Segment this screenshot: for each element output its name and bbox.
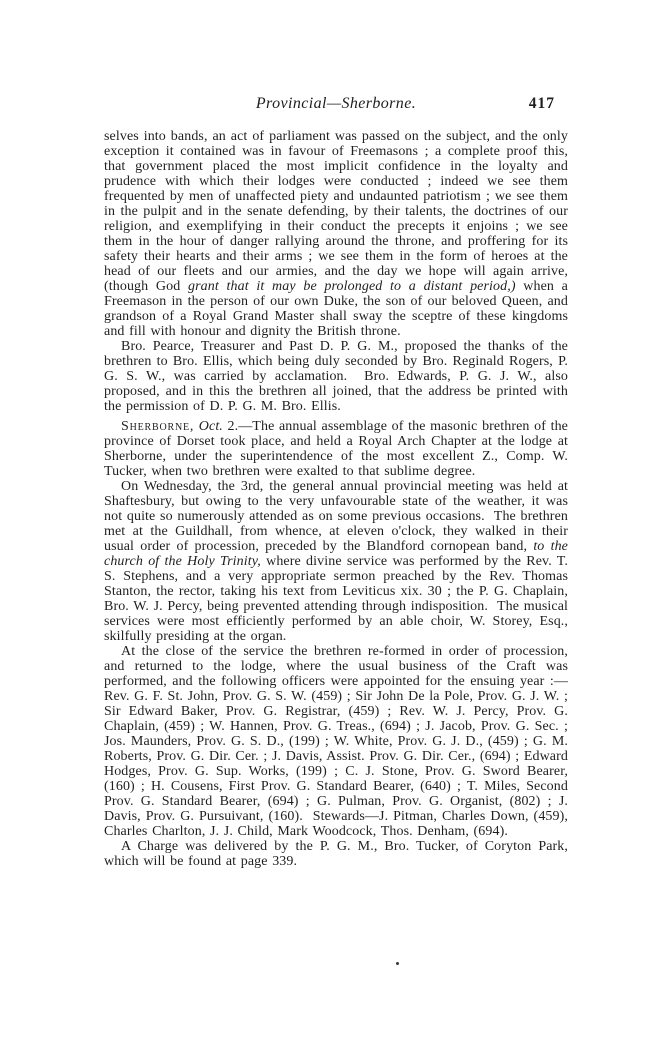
paragraph-charge-delivered: A Charge was delivered by the P. G. M., … (104, 839, 568, 869)
page-number: 417 (529, 95, 555, 113)
paragraph-sherborne-oct-2: Sherborne, Oct. 2.—The annual assemblage… (104, 419, 568, 479)
text-run: A Charge was delivered by the P. G. M., … (104, 839, 568, 869)
paragraph-bro-pearce-thanks: Bro. Pearce, Treasurer and Past D. P. G.… (104, 339, 568, 414)
text-run: At the close of the service the brethren… (104, 644, 568, 839)
italic-phrase: grant that it may be prolonged to a dist… (188, 279, 516, 294)
paragraph-continuation: selves into bands, an act of parliament … (104, 129, 568, 339)
text-run: On Wednesday, the 3rd, the general annua… (104, 479, 568, 554)
ink-dot-artifact (396, 962, 399, 965)
italic-date: Oct. (194, 419, 223, 434)
text-run: selves into bands, an act of parliament … (104, 129, 568, 294)
section-heading-sherborne: Sherborne, (121, 419, 194, 434)
paragraph-officers-list: At the close of the service the brethren… (104, 644, 568, 839)
text-run: Bro. Pearce, Treasurer and Past D. P. G.… (104, 339, 568, 414)
paragraph-provincial-meeting: On Wednesday, the 3rd, the general annua… (104, 479, 568, 644)
page-header: Provincial—Sherborne. 417 (104, 95, 568, 115)
page-body: selves into bands, an act of parliament … (104, 129, 568, 869)
running-title: Provincial—Sherborne. (104, 95, 568, 113)
scanned-page: Provincial—Sherborne. 417 selves into ba… (0, 0, 664, 1039)
